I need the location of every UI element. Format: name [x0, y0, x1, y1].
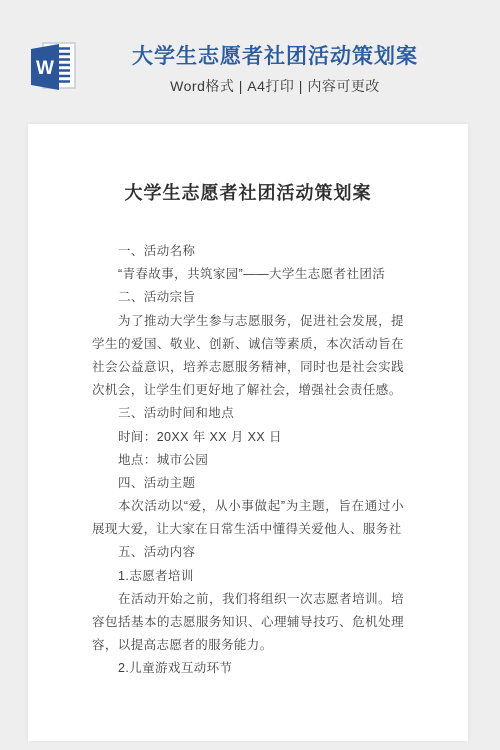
document-line: 四、活动主题 [92, 472, 404, 495]
header: W 大学生志愿者社团活动策划案 Word格式 | A4打印 | 内容可更改 [0, 0, 500, 124]
document-line: 时间：20XX 年 XX 月 XX 日 [92, 426, 404, 449]
header-subtitle: Word格式 | A4打印 | 内容可更改 [80, 76, 470, 96]
document-line: 一、活动名称 [92, 240, 404, 263]
document-title: 大学生志愿者社团活动策划案 [28, 124, 468, 206]
document-line: 五、活动内容 [92, 541, 404, 564]
document-line: 容包括基本的志愿服务知识、心理辅导技巧、危机处理等内 [92, 611, 404, 634]
document-line: 在活动开始之前，我们将组织一次志愿者培训。培训内 [92, 588, 404, 611]
document-line: 1.志愿者培训 [92, 565, 404, 588]
document-lines: 一、活动名称“青春故事，共筑家园”——大学生志愿者社团活动。二、活动宗旨为了推动… [92, 240, 404, 681]
word-icon-letter: W [36, 58, 54, 79]
document-line: 为了推动大学生参与志愿服务，促进社会发展，提高大 [92, 310, 404, 333]
document-line: 展现大爱，让大家在日常生活中懂得关爱他人、服务社会。 [92, 518, 404, 541]
document-line: 三、活动时间和地点 [92, 402, 404, 425]
document-line: 社会公益意识，培养志愿服务精神，同时也是社会实践的一 [92, 356, 404, 379]
header-title: 大学生志愿者社团活动策划案 [80, 44, 470, 69]
document-line: 地点：城市公园 [92, 449, 404, 472]
document-line: 本次活动以“爱，从小事做起”为主题，旨在通过小事 [92, 495, 404, 518]
document-line: 容，以提高志愿者的服务能力。 [92, 634, 404, 657]
document-line: 2.儿童游戏互动环节 [92, 657, 404, 680]
document-line: “青春故事，共筑家园”——大学生志愿者社团活动。 [92, 263, 404, 286]
page-background: { "colors": { "accent_blue": "#2b5c9e", … [0, 0, 500, 750]
document-line: 次机会，让学生们更好地了解社会，增强社会责任感。 [92, 379, 404, 402]
document-line: 学生的爱国、敬业、创新、诚信等素质，本次活动旨在提高 [92, 333, 404, 356]
document-page: 大学生志愿者社团活动策划案 一、活动名称“青春故事，共筑家园”——大学生志愿者社… [28, 124, 468, 741]
word-icon: W [29, 40, 78, 92]
document-line: 二、活动宗旨 [92, 286, 404, 309]
header-text-block: 大学生志愿者社团活动策划案 Word格式 | A4打印 | 内容可更改 [80, 44, 470, 96]
